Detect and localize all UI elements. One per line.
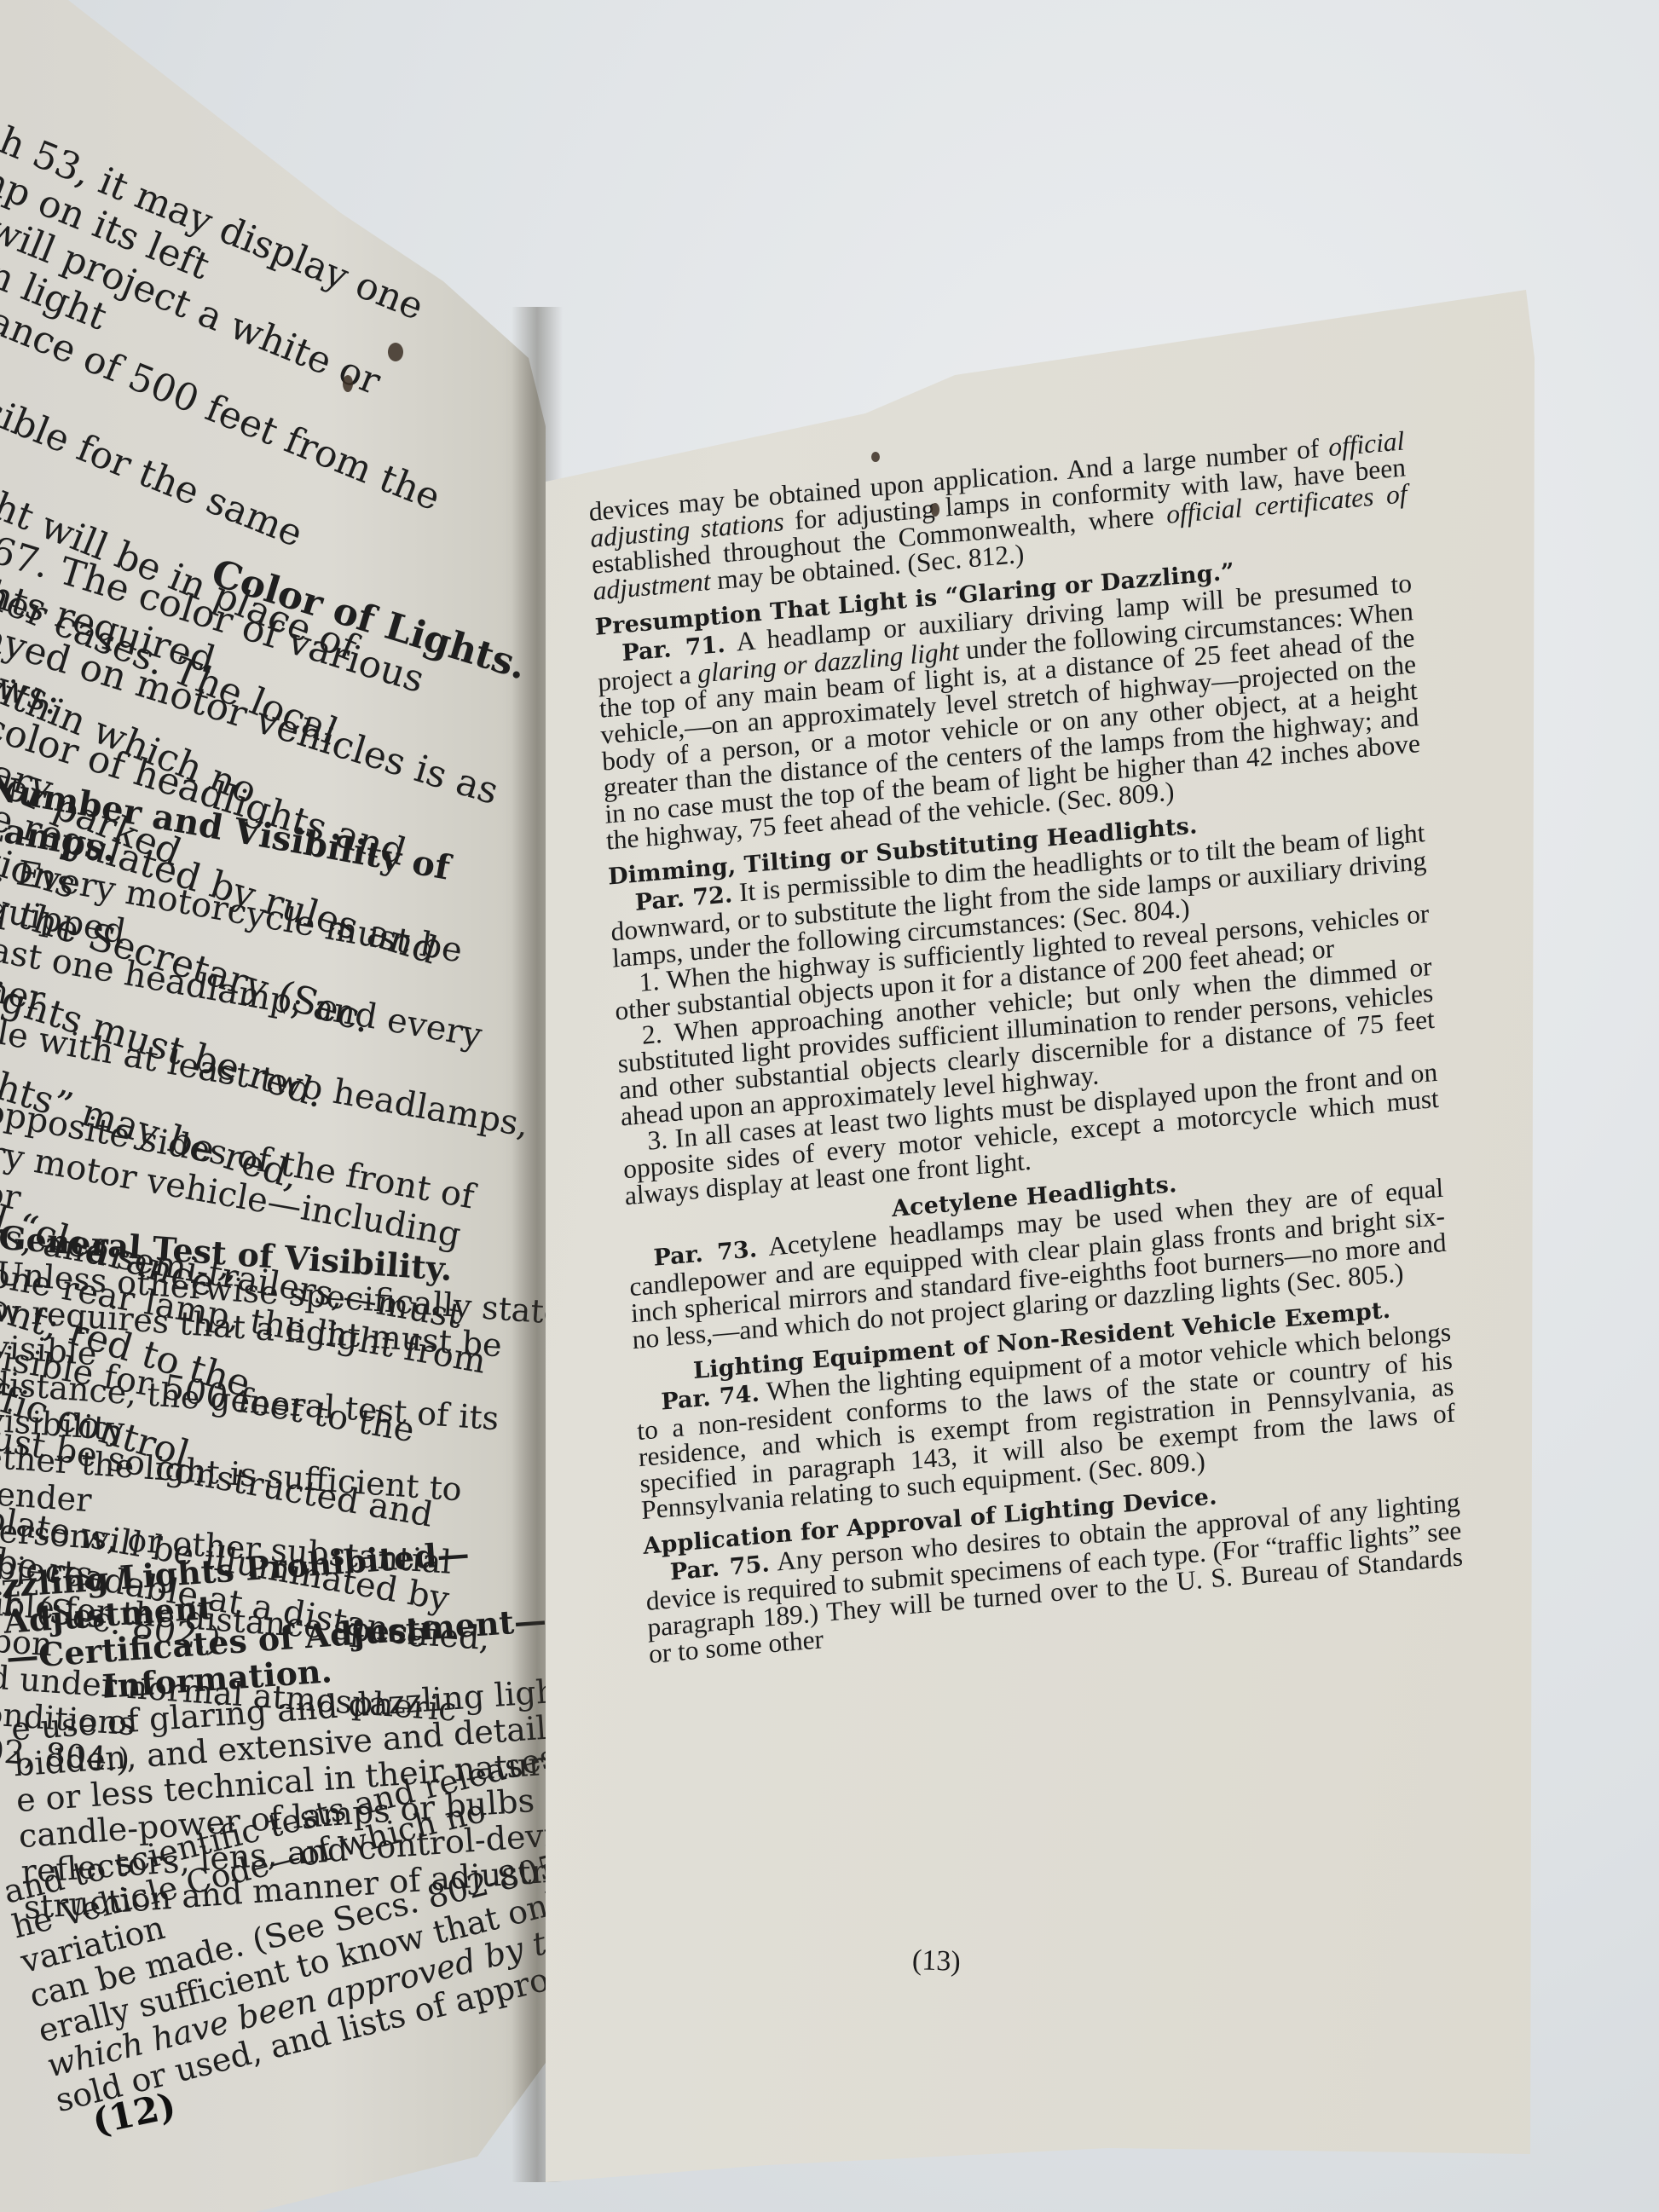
right-page-text: devices may be obtained upon application… <box>588 427 1465 1667</box>
right-page-number: (13) <box>911 1944 961 1978</box>
left-page: aph 53, it may display one lamp on its l… <box>0 0 546 2212</box>
binding-hole <box>931 503 939 517</box>
binding-hole <box>871 452 880 462</box>
binding-hole <box>343 375 353 392</box>
binding-hole <box>388 343 403 361</box>
